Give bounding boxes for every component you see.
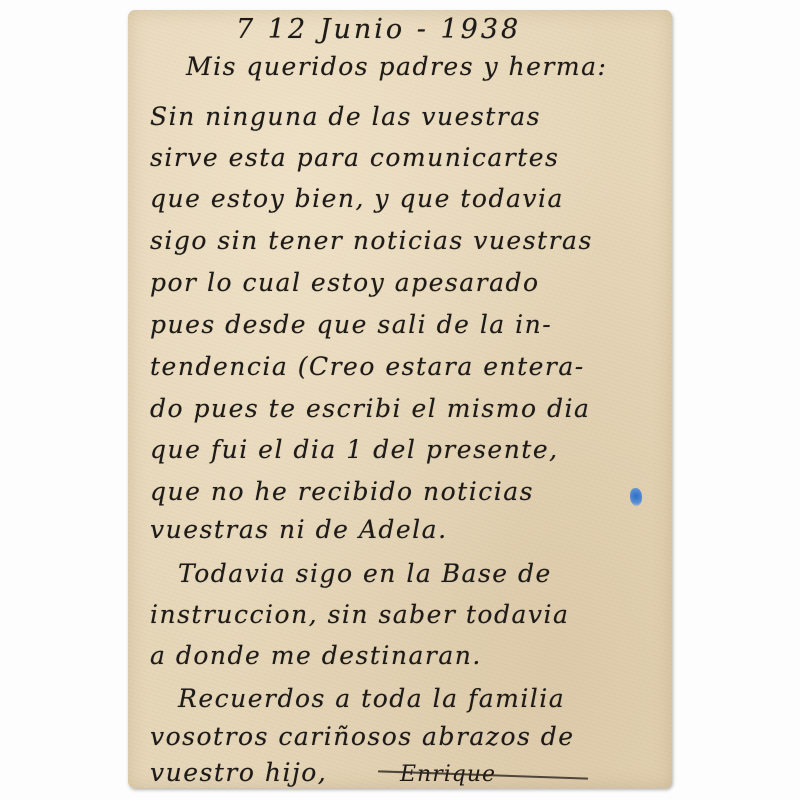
letter-line: por lo cual estoy apesarado — [150, 268, 540, 297]
scan-background: 7 12 Junio - 1938 Mis queridos padres y … — [0, 0, 800, 800]
letter-line: vuestras ni de Adela. — [150, 515, 448, 544]
letter-line: pues desde que sali de la in- — [150, 310, 552, 339]
letter-line: Todavia sigo en la Base de — [178, 559, 552, 588]
letter-card: 7 12 Junio - 1938 Mis queridos padres y … — [128, 10, 672, 788]
letter-line: Recuerdos a toda la familia — [178, 684, 565, 713]
salutation: Mis queridos padres y herma: — [186, 52, 607, 81]
letter-line: que no he recibido noticias — [150, 477, 534, 506]
letter-line: do pues te escribi el mismo dia — [150, 394, 590, 423]
letter-line: que fui el dia 1 del presente, — [150, 435, 559, 464]
letter-line: sirve esta para comunicartes — [150, 143, 559, 172]
letter-line: tendencia (Creo estara entera- — [150, 352, 585, 381]
letter-line: vosotros cariñosos abrazos de — [150, 722, 575, 751]
letter-line: que estoy bien, y que todavia — [150, 184, 564, 213]
letter-line: instruccion, sin saber todavia — [150, 600, 569, 629]
letter-line: vuestro hijo, — [150, 758, 327, 787]
letter-line: Sin ninguna de las vuestras — [150, 102, 541, 131]
date-line: 7 12 Junio - 1938 — [236, 14, 521, 45]
blue-ink-spot — [630, 488, 642, 506]
letter-line: sigo sin tener noticias vuestras — [150, 226, 593, 255]
letter-line: a donde me destinaran. — [150, 641, 482, 670]
